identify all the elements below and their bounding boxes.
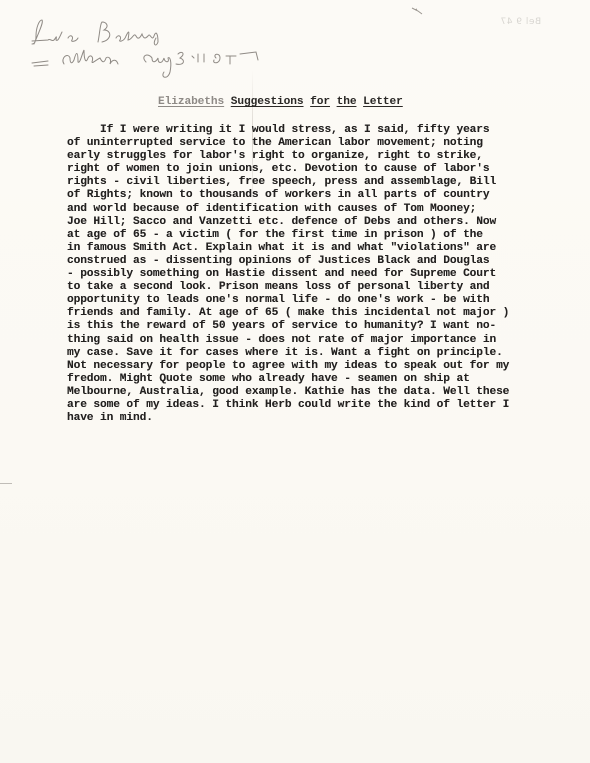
handwritten-annotation: Send to Berkeley — Albertson Aug 3 '11 S… <box>30 14 360 94</box>
pencil-mark-icon <box>410 3 424 13</box>
title-word-3: for <box>310 96 330 108</box>
body-line: are some of my ideas. I think Herb could… <box>67 399 587 412</box>
body-line: Melbourne, Australia, good example. Kath… <box>67 386 587 399</box>
body-line: at age of 65 - a victim ( for the first … <box>67 229 587 242</box>
document-title: Elizabeths Suggestions for the Letter <box>158 96 403 108</box>
bleed-through-text: Bel 9 47 <box>500 17 541 27</box>
body-line: - possibly something on Hastie dissent a… <box>67 268 587 281</box>
body-line: have in mind. <box>67 412 587 425</box>
body-line: to take a second look. Prison means loss… <box>67 281 587 294</box>
body-line: rights - civil liberties, free speech, p… <box>67 176 587 189</box>
title-word-1: Elizabeths <box>158 96 224 108</box>
body-line: Joe Hill; Sacco and Vanzetti etc. defenc… <box>67 216 587 229</box>
document-page: Bel 9 47 Send to Berkeley — Albertson Au… <box>0 0 590 763</box>
body-line: opportunity to leads one's normal life -… <box>67 294 587 307</box>
body-line: right of women to join unions, etc. Devo… <box>67 163 587 176</box>
body-line: friends and family. At age of 65 ( make … <box>67 307 587 320</box>
body-line: thing said on health issue - does not ra… <box>67 334 587 347</box>
document-body: If I were writing it I would stress, as … <box>67 124 587 425</box>
title-word-4: the <box>337 96 357 108</box>
body-line: construed as - dissenting opinions of Ju… <box>67 255 587 268</box>
title-word-5: Letter <box>363 96 403 108</box>
pencil-scrawl-icon <box>30 14 360 94</box>
body-line: in famous Smith Act. Explain what it is … <box>67 242 587 255</box>
body-line: is this the reward of 50 years of servic… <box>67 320 587 333</box>
title-word-2: Suggestions <box>231 96 304 108</box>
body-line: early struggles for labor's right to org… <box>67 150 587 163</box>
body-line: fredom. Might Quote some who already hav… <box>67 373 587 386</box>
body-line: my case. Save it for cases where it is. … <box>67 347 587 360</box>
body-line: Not necessary for people to agree with m… <box>67 360 587 373</box>
body-line: and world because of identification with… <box>67 203 587 216</box>
body-line: of uninterrupted service to the American… <box>67 137 587 150</box>
body-line: of Rights; known to thousands of workers… <box>67 189 587 202</box>
margin-mark <box>0 483 12 484</box>
body-line: If I were writing it I would stress, as … <box>67 124 587 137</box>
